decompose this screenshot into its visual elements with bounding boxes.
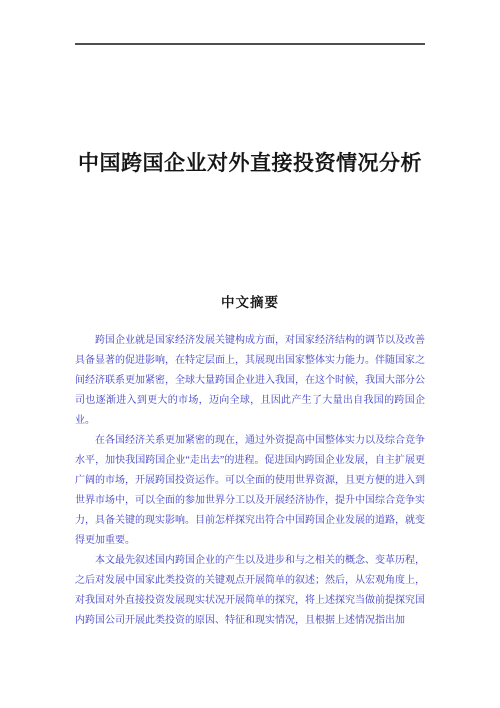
header-rule <box>75 43 425 45</box>
abstract-paragraph-3: 本文最先叙述国内跨国企业的产生以及进步和与之相关的概念、变革历程，之后对发展中国… <box>75 551 425 631</box>
document-title: 中国跨国企业对外直接投资情况分析 <box>0 147 500 177</box>
abstract-body: 跨国企业就是国家经济发展关键构成方面，对国家经济结构的调节以及改善具备显著的促进… <box>75 331 425 631</box>
abstract-paragraph-2: 在各国经济关系更加紧密的现在，通过外资提高中国整体实力以及综合竞争水平，加快我国… <box>75 431 425 551</box>
abstract-paragraph-1: 跨国企业就是国家经济发展关键构成方面，对国家经济结构的调节以及改善具备显著的促进… <box>75 331 425 431</box>
document-page: 中国跨国企业对外直接投资情况分析 中文摘要 跨国企业就是国家经济发展关键构成方面… <box>0 0 500 708</box>
abstract-heading: 中文摘要 <box>0 291 500 311</box>
